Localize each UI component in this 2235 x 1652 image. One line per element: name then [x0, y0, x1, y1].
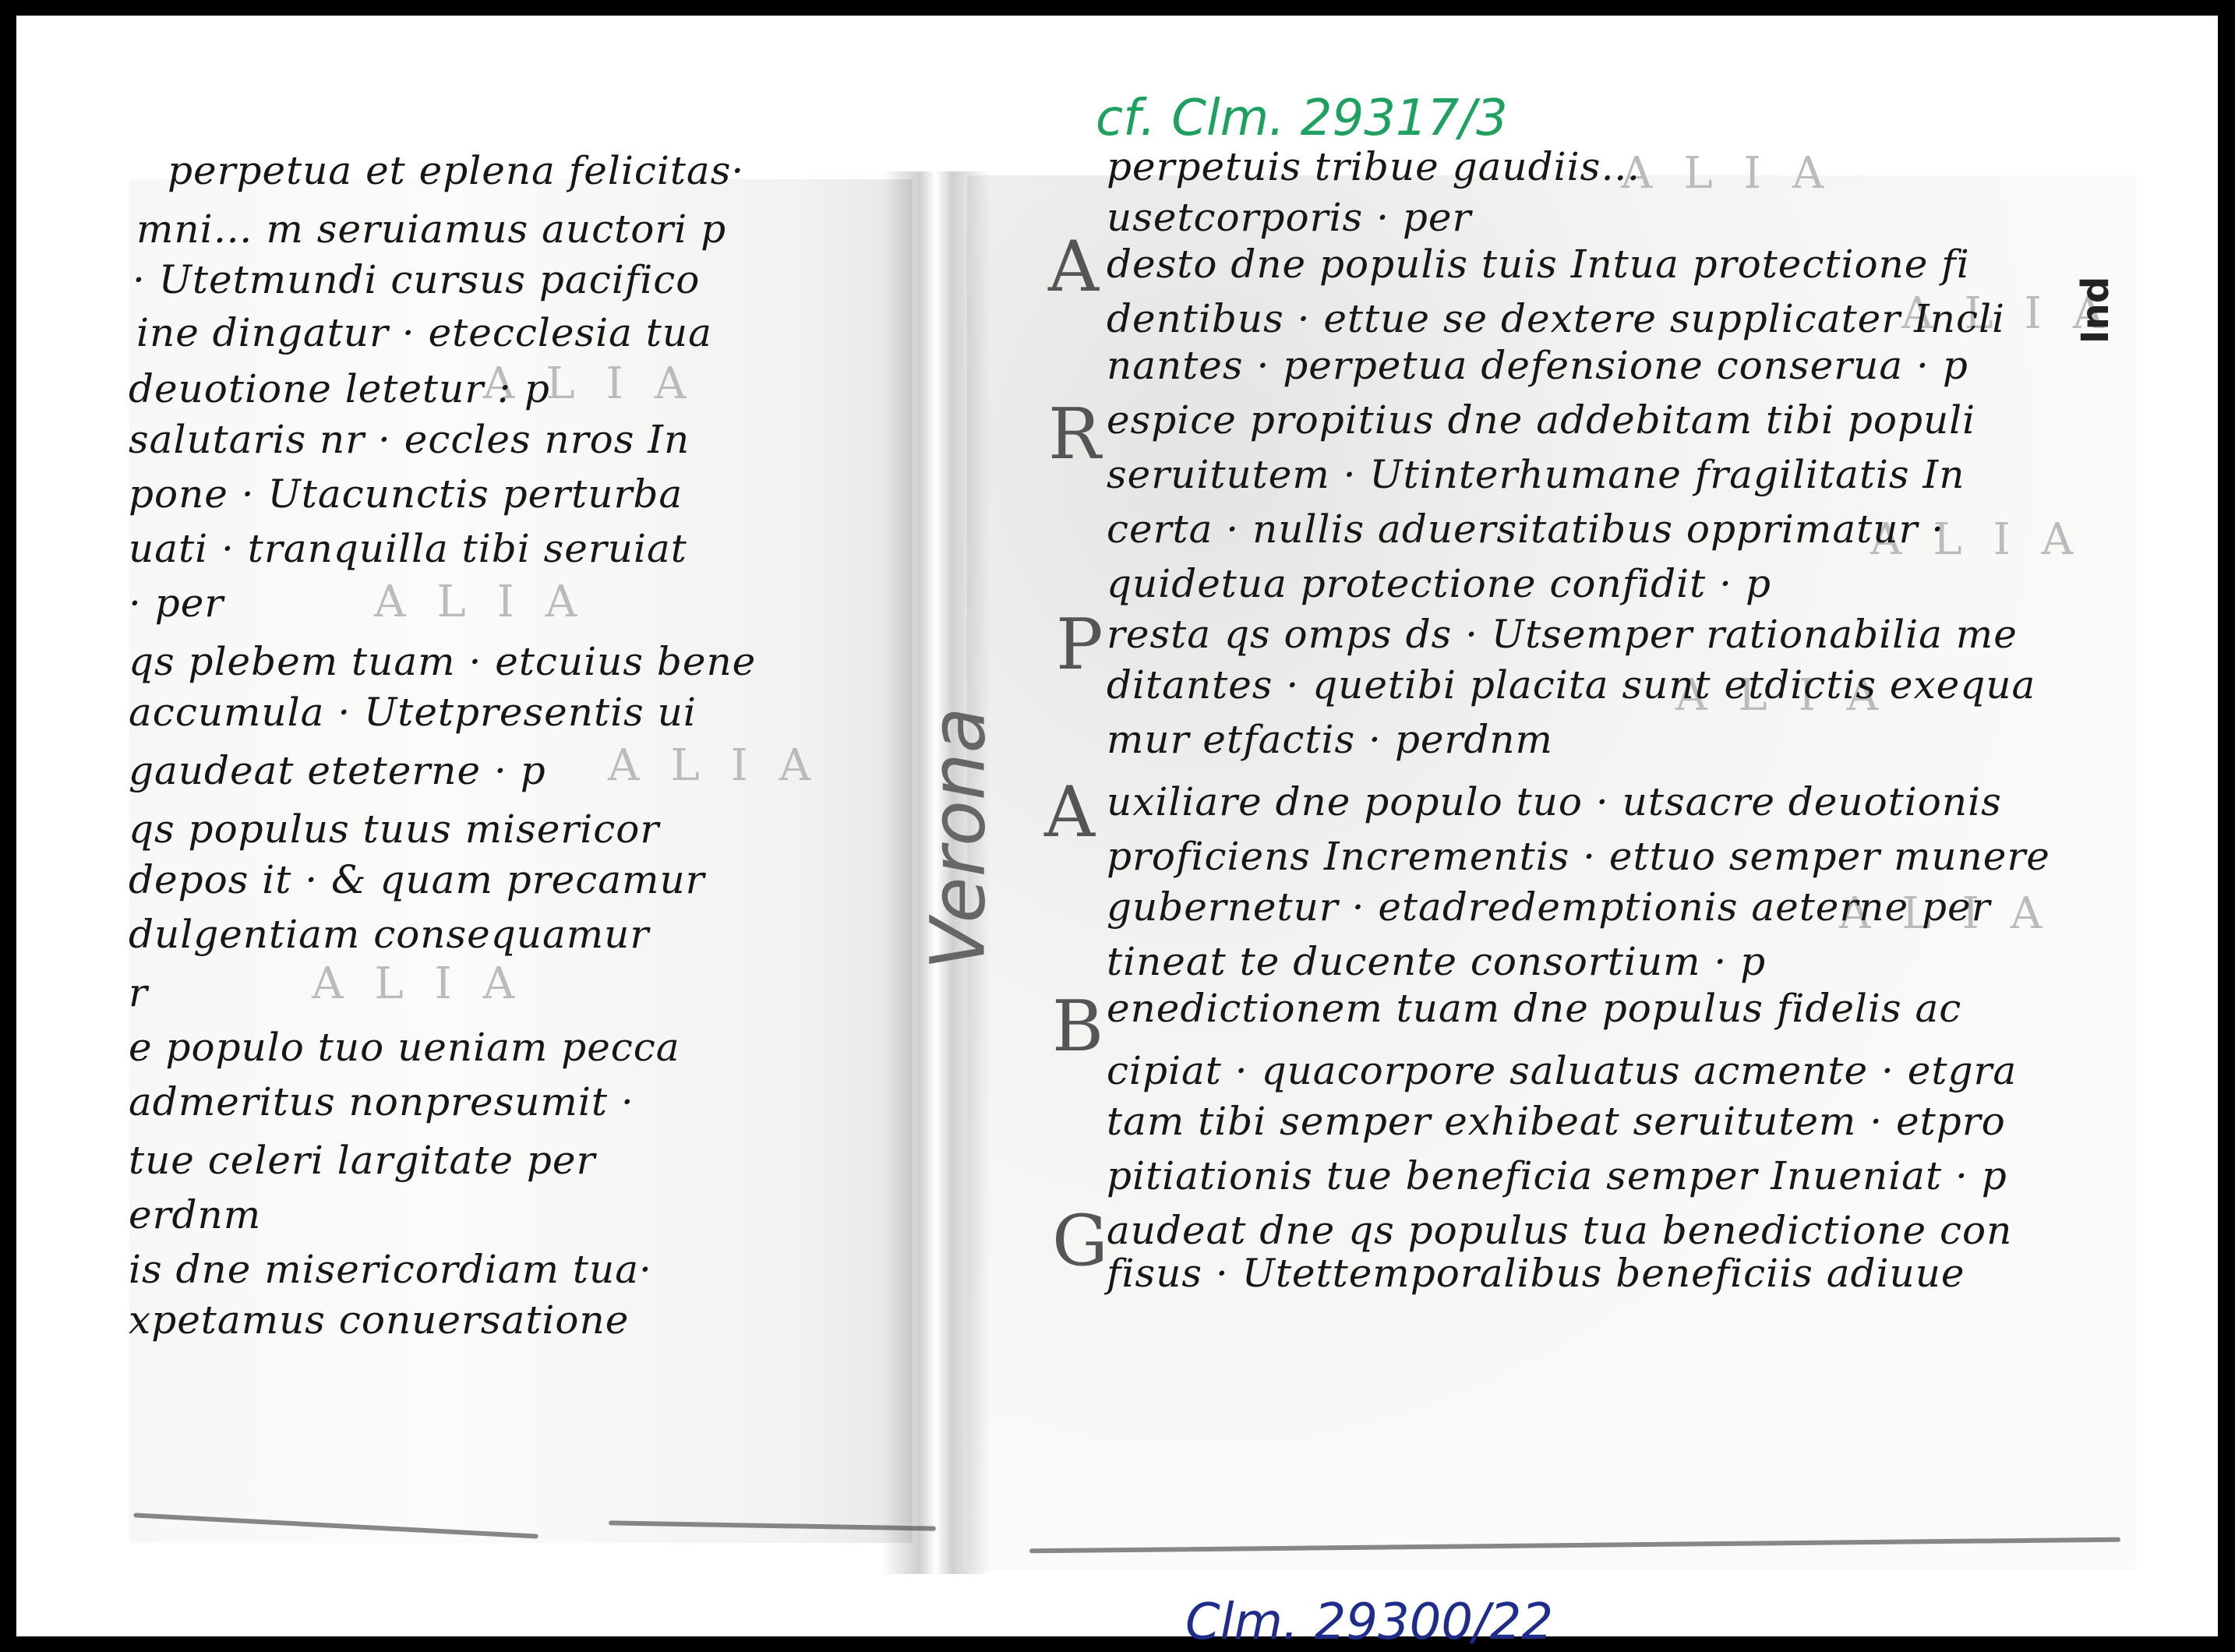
manuscript-line: espice propitius dne addebitam tibi popu… — [1107, 397, 1975, 443]
manuscript-line: gubernetur · etadredemptionis aeterne pe… — [1107, 884, 1990, 930]
rubric-heading: ALIA — [1621, 148, 1855, 199]
gutter-pencil-note: Verona — [914, 708, 1001, 970]
initial-letter: G — [1052, 1200, 1108, 1282]
manuscript-line: uati · tranquilla tibi seruiat — [129, 526, 687, 571]
manuscript-line: · per — [129, 581, 224, 626]
rubric-heading: ALIA — [374, 577, 608, 627]
manuscript-line: admeritus nonpresumit · — [129, 1079, 634, 1124]
manuscript-line: qs plebem tuam · etcuius bene — [129, 639, 756, 684]
manuscript-line: mur etfactis · perdnm — [1107, 717, 1553, 762]
initial-letter: B — [1052, 986, 1103, 1068]
manuscript-line: is dne misericordiam tua· — [129, 1247, 652, 1292]
manuscript-line: pone · Utacunctis perturba — [129, 471, 683, 517]
manuscript-line: resta qs omps ds · Utsemper rationabilia… — [1107, 612, 2018, 657]
manuscript-line: dentibus · ettue se dextere supplicater … — [1107, 296, 2005, 341]
manuscript-line: qs populus tuus misericor — [129, 807, 659, 852]
initial-letter: P — [1056, 604, 1103, 686]
manuscript-line: perpetuis tribue gaudiis… — [1107, 144, 1640, 189]
manuscript-line: tineat te ducente consortium · p — [1107, 939, 1766, 984]
manuscript-line: usetcorporis · per — [1107, 195, 1471, 240]
manuscript-line: cipiat · quacorpore saluatus acmente · e… — [1107, 1048, 2017, 1093]
manuscript-line: nantes · perpetua defensione conserua · … — [1107, 343, 1968, 388]
initial-letter: A — [1044, 771, 1095, 853]
manuscript-line: certa · nullis aduersitatibus opprimatur… — [1107, 507, 1944, 552]
manuscript-line: salutaris nr · eccles nros In — [129, 417, 690, 462]
initial-letter: A — [1048, 226, 1099, 308]
manuscript-line: perpetua et eplena felicitas· — [168, 148, 744, 193]
manuscript-line: xpetamus conuersatione — [129, 1297, 629, 1343]
manuscript-line: enedictionem tuam dne populus fidelis ac — [1107, 986, 1961, 1031]
manuscript-line: tam tibi semper exhibeat seruitutem · et… — [1107, 1099, 2006, 1144]
shelfmark-annotation-blue: Clm. 29300/22 — [1185, 1594, 1553, 1651]
manuscript-line: erdnm — [129, 1192, 261, 1237]
initial-letter: R — [1048, 394, 1101, 475]
manuscript-line: pitiationis tue beneficia semper Inuenia… — [1107, 1153, 2007, 1198]
rubric-heading: ALIA — [608, 740, 842, 791]
right-edge-note: Ind — [2074, 277, 2117, 344]
manuscript-line: fisus · Utettemporalibus beneficiis adiu… — [1107, 1251, 1965, 1296]
manuscript-line: e populo tuo ueniam pecca — [129, 1025, 680, 1070]
manuscript-line: accumula · Utetpresentis ui — [129, 690, 697, 735]
manuscript-line: desto dne populis tuis Intua protectione… — [1107, 242, 1970, 287]
manuscript-line: mni… m seruiamus auctori p — [136, 206, 726, 252]
shelfmark-annotation-green: cf. Clm. 29317/3 — [1096, 90, 1508, 147]
manuscript-line: depos it · & quam precamur — [129, 857, 705, 902]
manuscript-line: proficiens Incrementis · ettuo semper mu… — [1107, 834, 2050, 879]
manuscript-line: seruitutem · Utinterhumane fragilitatis … — [1107, 452, 1965, 497]
manuscript-line: gaudeat eteterne · p — [129, 748, 546, 793]
manuscript-line: dulgentiam consequamur — [129, 912, 649, 957]
manuscript-line: ditantes · quetibi placita sunt etdictis… — [1107, 662, 2036, 708]
manuscript-line: r — [129, 970, 148, 1015]
manuscript-line: quidetua protectione confidit · p — [1107, 561, 1771, 606]
manuscript-line: deuotione letetur : p — [129, 366, 550, 411]
rubric-heading: ALIA — [312, 958, 546, 1009]
manuscript-line: audeat dne qs populus tua benedictione c… — [1107, 1208, 2012, 1253]
manuscript-line: · Utetmundi cursus pacifico — [132, 257, 700, 302]
manuscript-line: uxiliare dne populo tuo · utsacre deuoti… — [1107, 779, 2002, 824]
manuscript-line: tue celeri largitate per — [129, 1138, 595, 1183]
photo-print: ALIAALIAALIAALIAperpetua et eplena felic… — [16, 16, 2218, 1636]
manuscript-line: ine dingatur · etecclesia tua — [136, 310, 712, 355]
